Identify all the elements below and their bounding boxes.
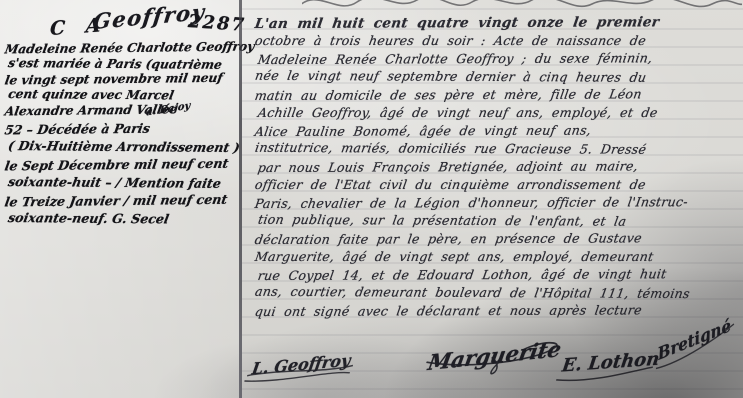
margin-note-line: soixante-neuf. G. Secel <box>7 209 241 229</box>
death-marginal-note: 52 – Décédée à Paris ( Dix-Huitième Arro… <box>5 120 239 228</box>
act-line: L'an mil huit cent quatre vingt onze le … <box>253 13 738 33</box>
margin-note-line: Alexandre Armand Vallée <box>3 102 240 120</box>
act-column: L'an mil huit cent quatre vingt onze le … <box>242 0 743 398</box>
act-line: officier de l'Etat civil du cinquième ar… <box>254 176 739 194</box>
marriage-marginal-note: Madeleine Renée Charlotte Geoffroy s'est… <box>5 41 239 119</box>
act-line: matin au domicile de ses père et mère, f… <box>253 85 738 105</box>
act-number: 2287 <box>187 11 246 36</box>
act-line: ans, courtier, demeurant boulevard de l'… <box>254 283 739 304</box>
act-line: octobre à trois heures du soir : Acte de… <box>254 32 739 50</box>
act-line: Madeleine Renée Charlotte Geoffroy ; du … <box>256 49 738 69</box>
act-line: Paris, chevalier de la Légion d'honneur,… <box>253 193 738 213</box>
act-line: Alice Pauline Bonomé, âgée de vingt neuf… <box>253 121 738 141</box>
act-line: déclaration faite par le père, en présen… <box>253 229 738 249</box>
margin-column: C A Geoffroy 2287 Madeleine Renée Charlo… <box>0 0 240 398</box>
act-line: Achille Geoffroy, âgé de vingt neuf ans,… <box>257 104 739 122</box>
act-line: qui ont signé avec le déclarant et nous … <box>253 301 738 321</box>
act-line: par nous Louis François Bretignée, adjoi… <box>256 157 738 177</box>
act-line: tion publique, sur la présentation de l'… <box>257 211 739 232</box>
act-line: institutrice, mariés, domiciliés rue Gra… <box>254 139 739 160</box>
registry-page-scan: C A Geoffroy 2287 Madeleine Renée Charlo… <box>0 0 743 398</box>
act-line: rue Coypel 14, et de Edouard Lothon, âgé… <box>256 265 738 285</box>
act-line: Marguerite, âgé de vingt sept ans, emplo… <box>254 248 739 266</box>
cut-off-line-strokes <box>302 0 742 11</box>
act-body: L'an mil huit cent quatre vingt onze le … <box>255 14 737 320</box>
act-line: née le vingt neuf septembre dernier à ci… <box>254 67 739 88</box>
